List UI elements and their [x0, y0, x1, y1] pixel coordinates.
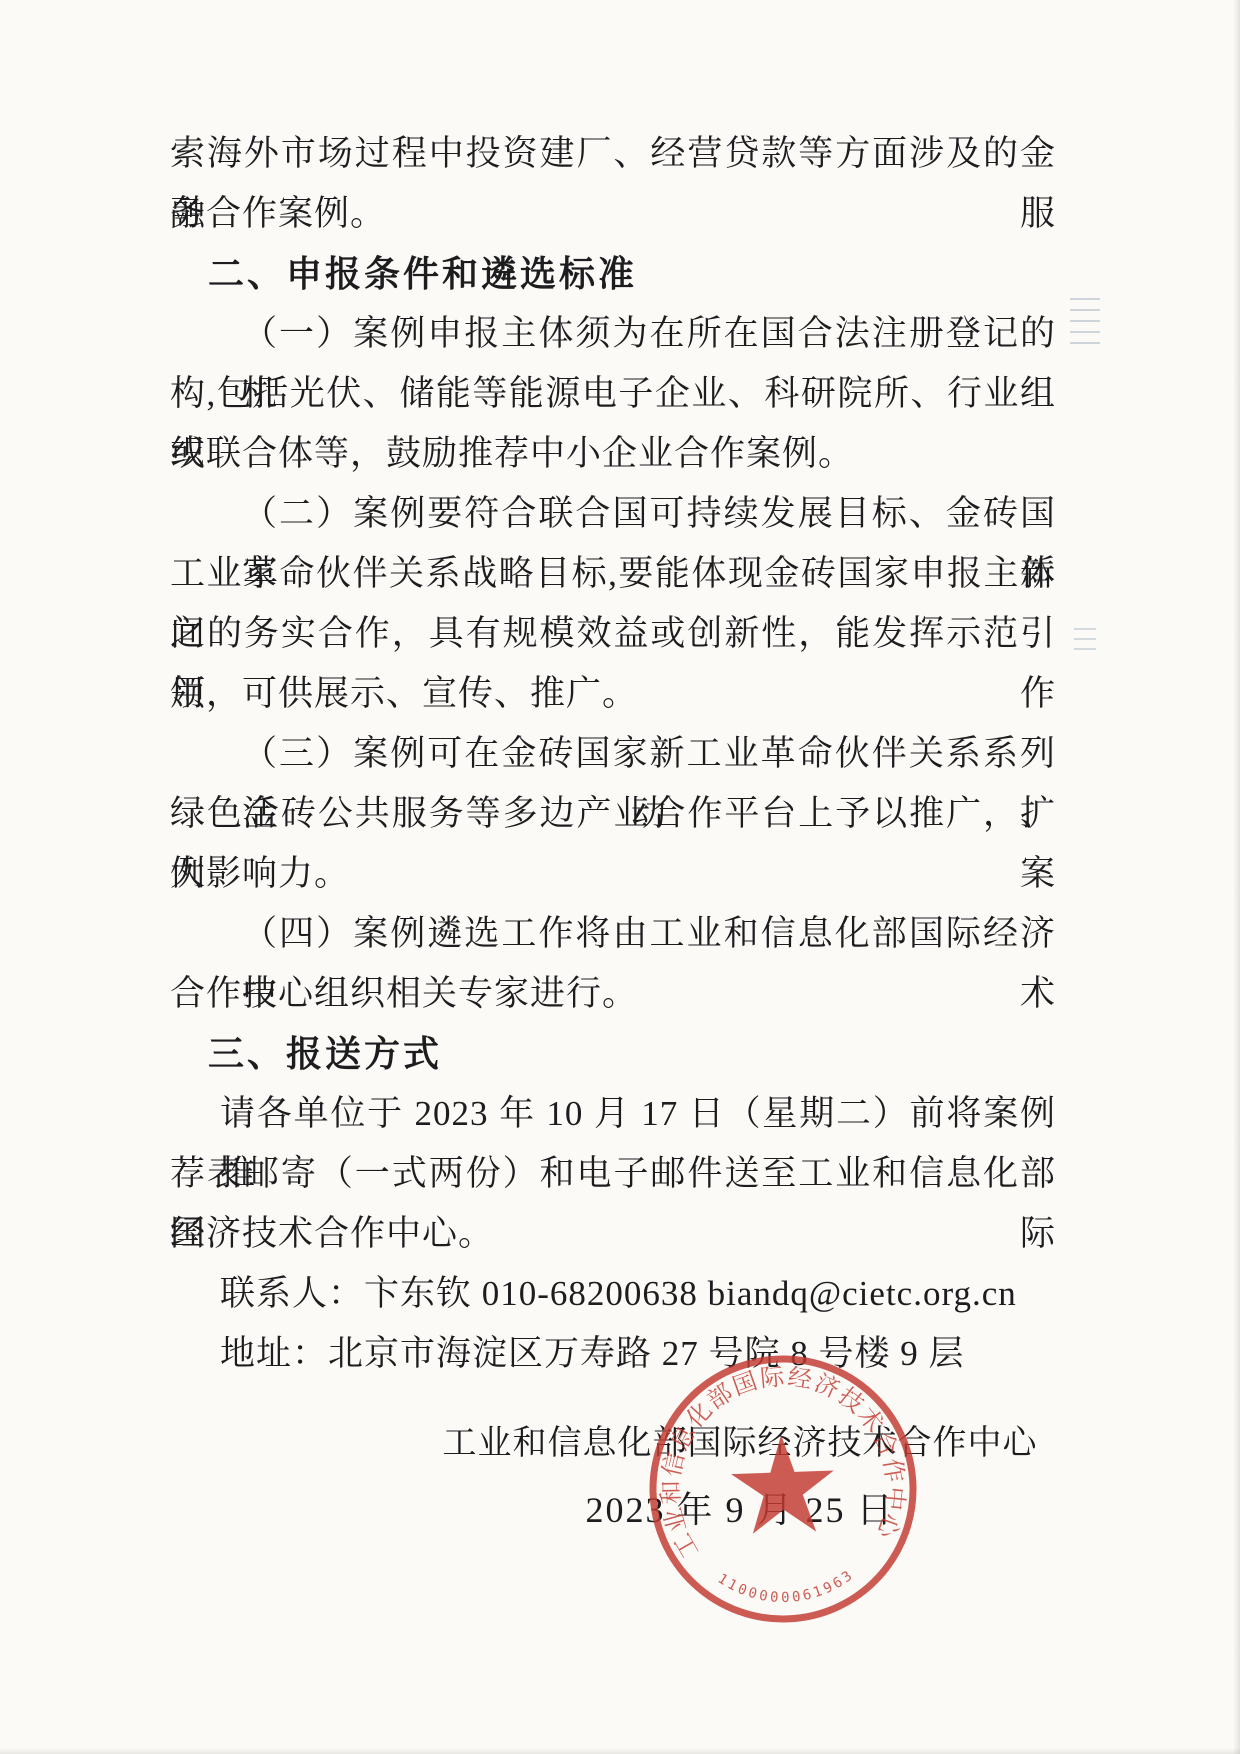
- body-line: （四）案例遴选工作将由工业和信息化部国际经济技术: [170, 904, 1056, 964]
- page-edge-shadow-right: [1233, 0, 1240, 1754]
- body-line: （三）案例可在金砖国家新工业革命伙伴关系系列活动、: [170, 724, 1056, 784]
- seal-star-icon: [730, 1433, 836, 1534]
- scan-artifact: [1070, 298, 1100, 348]
- page-edge-shadow-bottom: [0, 1748, 1240, 1754]
- body-line: 工业革命伙伴关系战略目标,要能体现金砖国家申报主体之: [170, 544, 1056, 604]
- body-line: 间的务实合作，具有规模效益或创新性，能发挥示范引领作: [170, 604, 1056, 664]
- section-heading-3: 三、报送方式: [170, 1024, 1056, 1084]
- body-line: 请各单位于 2023 年 10 月 17 日（星期二）前将案例推: [170, 1084, 1056, 1144]
- body-line: 构,包括光伏、储能等能源电子企业、科研院所、行业组织: [170, 364, 1056, 424]
- official-red-seal: 工业和信息化部国际经济技术合作中心 1100000061963: [643, 1349, 922, 1628]
- contact-line: 联系人：卞东钦 010-68200638 biandq@cietc.org.cn: [170, 1264, 1056, 1324]
- address-line: 地址：北京市海淀区万寿路 27 号院 8 号楼 9 层: [170, 1324, 1056, 1384]
- section-heading-2: 二、申报条件和遴选标准: [170, 244, 1056, 304]
- document-body: 索海外市场过程中投资建厂、经营贷款等方面涉及的金融服 务合作案例。 二、申报条件…: [170, 124, 1056, 1384]
- body-line: 荐表邮寄（一式两份）和电子邮件送至工业和信息化部国际: [170, 1144, 1056, 1204]
- body-line: （二）案例要符合联合国可持续发展目标、金砖国家新: [170, 484, 1056, 544]
- seal-graphic: 工业和信息化部国际经济技术合作中心 1100000061963: [643, 1349, 922, 1628]
- scan-artifact: [1074, 628, 1096, 654]
- body-line: （一）案例申报主体须为在所在国合法注册登记的机: [170, 304, 1056, 364]
- body-line: 或联合体等，鼓励推荐中小企业合作案例。: [170, 424, 1056, 484]
- body-line: 索海外市场过程中投资建厂、经营贷款等方面涉及的金融服: [170, 124, 1056, 184]
- scanned-document-page: 索海外市场过程中投资建厂、经营贷款等方面涉及的金融服 务合作案例。 二、申报条件…: [0, 0, 1240, 1754]
- body-line: 绿色金砖公共服务等多边产业合作平台上予以推广，扩大案: [170, 784, 1056, 844]
- svg-text:1100000061963: 1100000061963: [714, 1566, 858, 1608]
- seal-serial-number: 1100000061963: [714, 1566, 858, 1608]
